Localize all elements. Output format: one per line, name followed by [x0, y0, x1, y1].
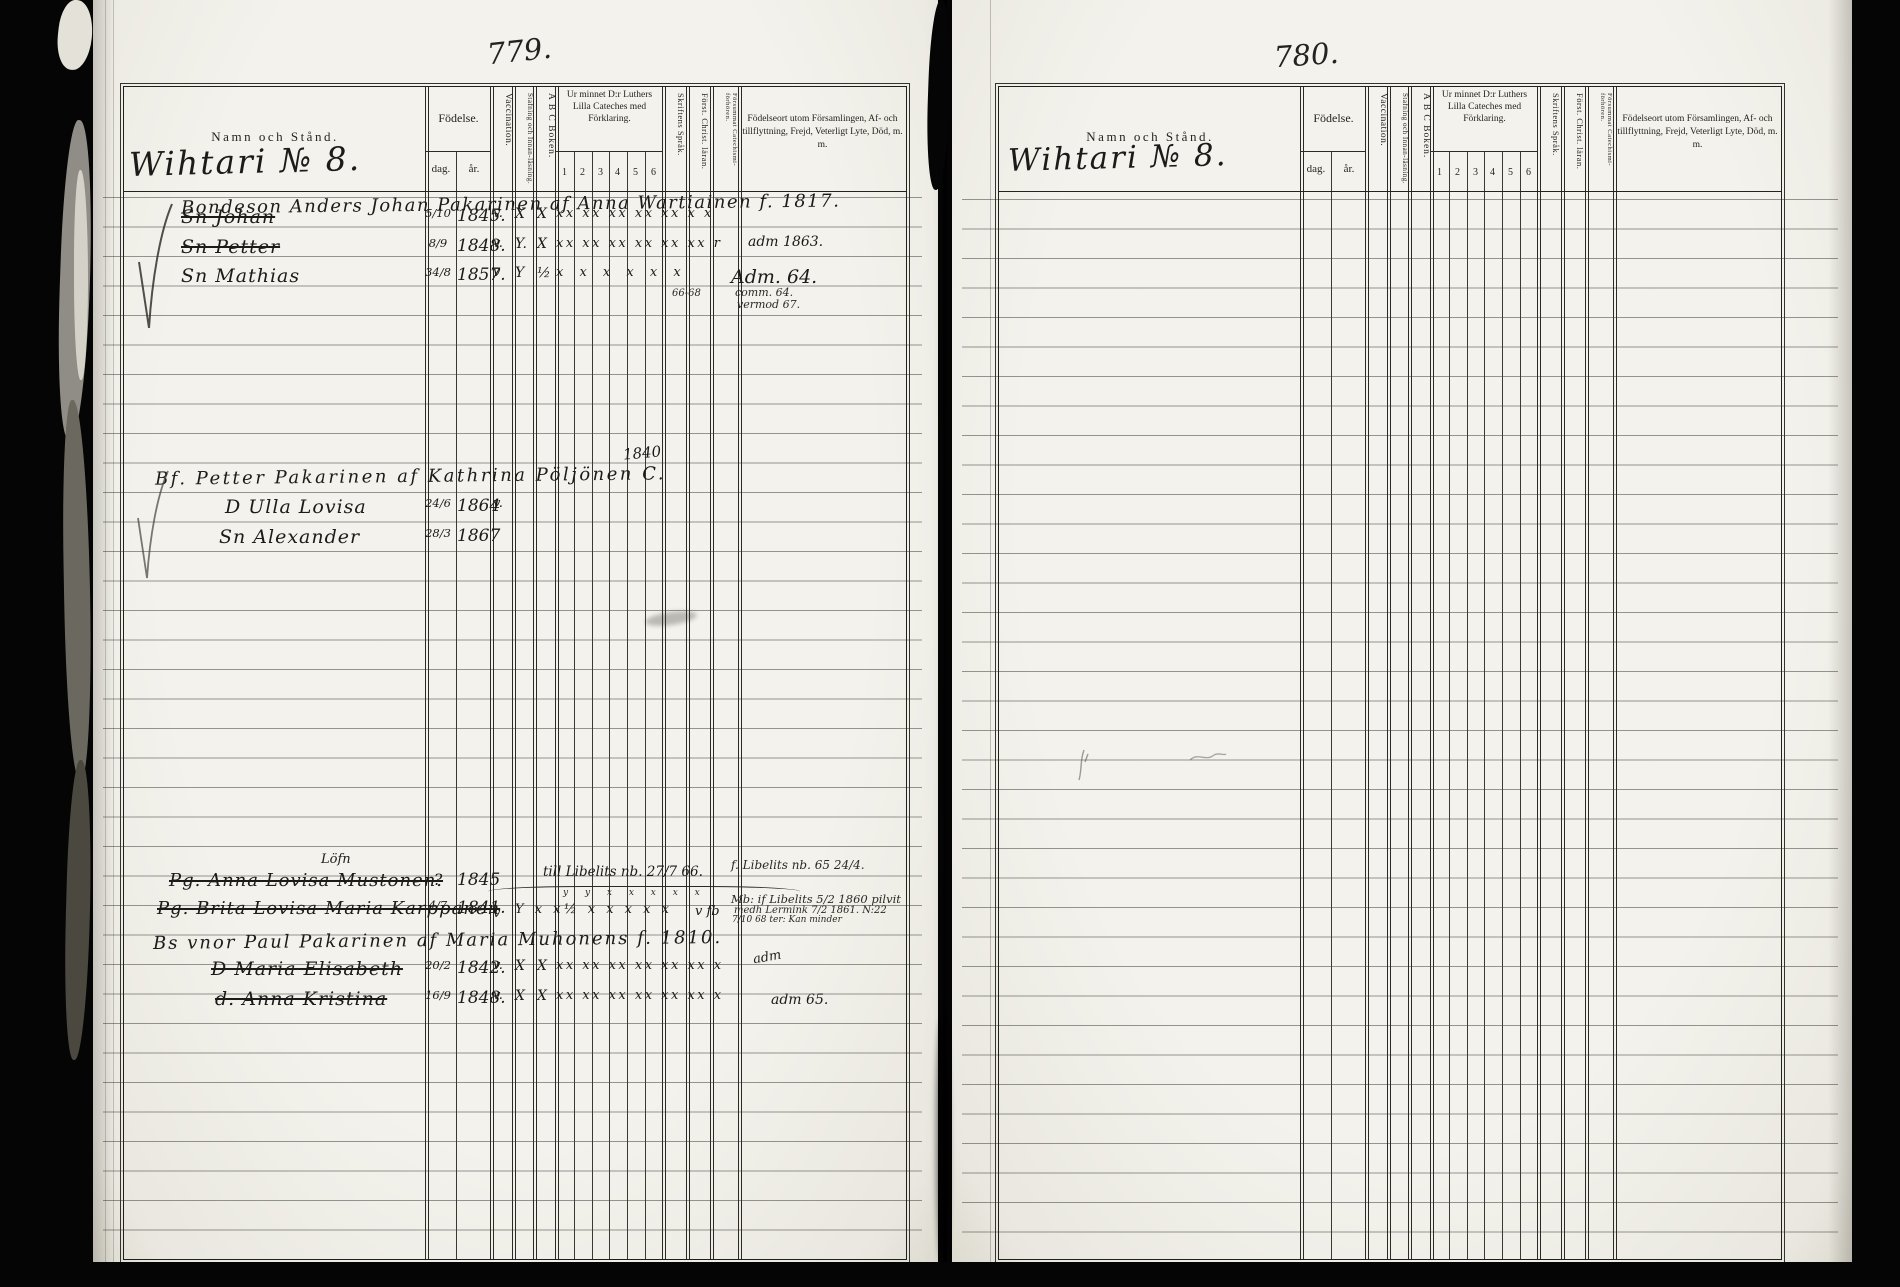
- page-number: 780.: [1273, 36, 1340, 74]
- col-header-1: 1: [556, 167, 573, 178]
- birth-year: 1845: [457, 870, 500, 890]
- column-divider: [645, 151, 646, 1259]
- vaccination-mark: v.: [493, 236, 503, 251]
- abc-mark: X: [537, 236, 547, 252]
- column-divider: [1331, 151, 1332, 1259]
- col-header-catechism: Ur minnet D:r Luthers Lilla Cateches med…: [1433, 90, 1536, 126]
- spelling-mark: X: [515, 958, 525, 974]
- col-header-vaccination: Vaccination.: [494, 93, 512, 187]
- entry-name: Sn Mathias: [181, 265, 300, 287]
- col-header-christianity: Först. Christ. läran.: [1564, 93, 1584, 187]
- col-header-year: år.: [457, 163, 491, 175]
- spine-shadow-bottom: [936, 1020, 950, 1260]
- table-row: Sn Petter 8/9 1848. v. Y. X xx xx xx xx …: [123, 236, 923, 266]
- birth-day: 28/3: [422, 526, 454, 540]
- page-number: 779.: [485, 31, 553, 72]
- section-title: Wihtari № 8.: [1008, 137, 1228, 179]
- birth-day: 4/7: [422, 898, 454, 912]
- left-page: 779. Namn och Stånd. Födelse. dag. år. V…: [93, 0, 938, 1262]
- column-divider: [1502, 151, 1503, 1259]
- col-header-spelling: Stafning och Innan-läsning.: [1390, 93, 1408, 187]
- abc-mark: ½: [537, 265, 551, 281]
- abc-mark: X: [537, 988, 547, 1004]
- entry-name: D Maria Elisabeth: [211, 958, 403, 980]
- birth-day: 20/2: [422, 958, 454, 972]
- column-divider: [1300, 87, 1304, 1259]
- col-header-6: 6: [1520, 167, 1537, 178]
- catechism-marks: Y x x½ x x x x x: [515, 902, 672, 917]
- birth-day: 16/9: [422, 988, 454, 1002]
- col-header-year: år.: [1332, 163, 1366, 175]
- birth-day: ?: [422, 870, 454, 889]
- col-header-1: 1: [1431, 167, 1448, 178]
- catechism-marks: xx xx xx xx xx xx r: [556, 236, 723, 251]
- margin-note: vermod 67.: [737, 298, 800, 311]
- col-header-abc: A B C Boken.: [1411, 93, 1430, 187]
- column-divider: [1365, 87, 1369, 1259]
- table-row: Löfn Pg. Anna Lovisa Mustonen. ? 1845 ti…: [123, 852, 923, 882]
- col-header-3: 3: [1467, 167, 1484, 178]
- pencil-smudge: [1074, 748, 1096, 782]
- year-annotation: 1840: [622, 442, 662, 463]
- col-header-spelling: Stafning och Innan-läsning.: [515, 93, 533, 187]
- column-divider: [609, 151, 610, 1259]
- column-divider: [1467, 151, 1468, 1259]
- column-divider: [1430, 87, 1434, 1259]
- section-title: Wihtari № 8.: [129, 139, 362, 184]
- col-header-6: 6: [645, 167, 662, 178]
- vaccination-mark: v.: [493, 496, 503, 511]
- table-row: Sn Johan 5/10 1845. v. X X xx xx xx xx x…: [123, 206, 923, 236]
- catechism-marks: xx xx xx xx xx xx x: [556, 958, 724, 973]
- vaccination-mark: v.: [493, 988, 503, 1003]
- register-table: Namn och Stånd. Födelse. dag. år. Vaccin…: [998, 86, 1782, 1260]
- vaccination-mark: v: [493, 906, 500, 921]
- col-header-notes: Födelseort utom Församlingen, Af- och ti…: [1616, 113, 1779, 151]
- entry-name: Sn Petter: [181, 236, 280, 258]
- vaccination-mark: v.: [493, 206, 503, 221]
- entry-name: Pg. Anna Lovisa Mustonen.: [169, 870, 443, 891]
- col-header-4: 4: [609, 167, 626, 178]
- column-divider: [1408, 87, 1412, 1259]
- right-page: 780. Namn och Stånd. Födelse. dag. år. V…: [952, 0, 1854, 1262]
- birth-day: 34/8: [422, 265, 454, 279]
- table-row: D Ulla Lovisa 24/6 1864 v.: [123, 496, 923, 526]
- catechism-marks: xx xx xx xx xx xx x: [556, 988, 724, 1003]
- col-header-day: dag.: [1301, 163, 1331, 175]
- birth-day: 5/10: [422, 206, 454, 220]
- entry-annotation: v fb: [695, 904, 720, 919]
- birth-day: 24/6: [422, 496, 454, 510]
- col-header-missed: Försummat Catechismi-förhören.: [713, 93, 737, 187]
- transfer-note: till Libelits nb. 27/7 66.: [543, 864, 703, 880]
- margin-note: f. Libelits nb. 65 24/4.: [731, 858, 865, 872]
- column-divider: [592, 151, 593, 1259]
- column-divider: [456, 151, 457, 1259]
- margin-note: 7/10 68 ter: Kan minder: [732, 915, 842, 925]
- col-header-birth: Födelse.: [426, 111, 491, 126]
- col-header-scripture: Skriftens Språk.: [665, 93, 685, 187]
- column-divider: [1484, 151, 1485, 1259]
- col-header-2: 2: [574, 167, 591, 178]
- catechism-marks: x x x x x x: [556, 265, 687, 280]
- book-edge-bottom: [0, 1262, 1900, 1287]
- col-header-abc: A B C Boken.: [536, 93, 555, 187]
- column-divider: [1520, 151, 1521, 1259]
- col-header-catechism: Ur minnet D:r Luthers Lilla Cateches med…: [558, 90, 661, 126]
- col-header-5: 5: [627, 167, 644, 178]
- col-header-notes: Födelseort utom Församlingen, Af- och ti…: [741, 113, 904, 151]
- entry-name: Sn Alexander: [219, 526, 360, 548]
- vaccination-mark: v: [493, 265, 500, 280]
- column-divider: [1449, 151, 1450, 1259]
- abc-mark: X: [537, 206, 547, 222]
- column-divider: [627, 151, 628, 1259]
- birth-year: 1867: [457, 526, 500, 546]
- pencil-smudge: [1188, 748, 1228, 766]
- col-header-christianity: Först. Christ. läran.: [689, 93, 709, 187]
- col-header-missed: Försummat Catechismi-förhören.: [1588, 93, 1612, 187]
- abc-mark: X: [537, 958, 547, 974]
- margin-checkmark: [135, 468, 171, 583]
- column-divider: [574, 151, 575, 1259]
- spelling-mark: Y.: [515, 236, 527, 252]
- col-header-2: 2: [1449, 167, 1466, 178]
- entry-name: D Ulla Lovisa: [225, 496, 367, 518]
- col-header-birth: Födelse.: [1301, 111, 1366, 126]
- col-header-3: 3: [592, 167, 609, 178]
- col-header-5: 5: [1502, 167, 1519, 178]
- spelling-mark: Y: [515, 265, 524, 281]
- vaccination-mark: v.: [493, 958, 503, 973]
- col-header-scripture: Skriftens Språk.: [1540, 93, 1560, 187]
- margin-note: Mb: if Libelits 5/2 1860 pilvit: [731, 892, 901, 906]
- column-divider: [1561, 87, 1565, 1259]
- column-divider: [1585, 87, 1589, 1259]
- column-divider: [1537, 87, 1541, 1259]
- col-header-vaccination: Vaccination.: [1369, 93, 1387, 187]
- column-divider: [1613, 87, 1617, 1259]
- entry-annotation: Löfn: [321, 852, 351, 867]
- book-scan: { "headers": { "name": "Namn och Stånd."…: [0, 0, 1900, 1287]
- birth-day: 8/9: [422, 236, 454, 250]
- margin-checkmark: [135, 200, 175, 335]
- col-header-4: 4: [1484, 167, 1501, 178]
- table-row: Sn Mathias 34/8 1857. v Y ½ x x x x x x: [123, 265, 923, 295]
- margin-note: adm 65.: [771, 992, 828, 1008]
- entry-name: d. Anna Kristina: [215, 988, 387, 1010]
- spelling-mark: X: [515, 206, 525, 222]
- table-row: Pg. Brita Lovisa Maria Karppanen 4/7 184…: [123, 898, 923, 928]
- table-row: D Maria Elisabeth 20/2 1842. v. X X xx x…: [123, 958, 923, 988]
- table-row: d. Anna Kristina 16/9 1848. v. X X xx xx…: [123, 988, 923, 1018]
- column-divider: [1387, 87, 1391, 1259]
- entry-name: Sn Johan: [181, 206, 275, 228]
- table-row: Sn Alexander 28/3 1867: [123, 526, 923, 556]
- book-edge-right: [1852, 0, 1900, 1287]
- spelling-mark: X: [515, 988, 525, 1004]
- catechism-marks: xx xx xx xx xx x x: [556, 206, 714, 221]
- col-header-day: dag.: [426, 163, 456, 175]
